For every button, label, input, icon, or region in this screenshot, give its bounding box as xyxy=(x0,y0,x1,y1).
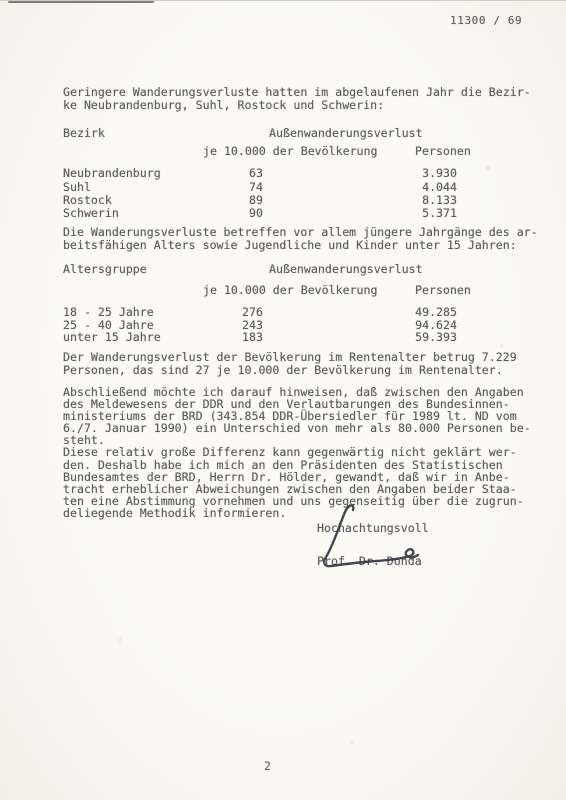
bezirk-table-header-row: Bezirk Außenwanderungsverlust xyxy=(63,126,523,139)
bezirk-name: Neubrandenburg xyxy=(63,166,161,180)
table-row: Rostock 89 8.133 xyxy=(63,193,523,206)
age-rate-subheader: je 10.000 der Bevölkerung xyxy=(203,283,378,297)
intro-paragraph: Geringere Wanderungsverluste hatten im a… xyxy=(63,86,563,112)
age-table-subheader-row: je 10.000 der Bevölkerung Personen xyxy=(63,283,523,296)
table-row: Suhl 74 4.044 xyxy=(63,180,523,193)
age-intro-paragraph: Die Wanderungsverluste betreffen vor all… xyxy=(63,226,563,252)
age-rate: 276 xyxy=(203,305,263,319)
table-row: unter 15 Jahre 183 59.393 xyxy=(63,330,523,343)
page-number: 2 xyxy=(264,760,271,773)
table-row: 18 - 25 Jahre 276 49.285 xyxy=(63,305,523,318)
age-table-header-row: Altersgruppe Außenwanderungsverlust xyxy=(63,262,523,275)
pensioner-paragraph: Der Wanderungsverlust der Bevölkerung im… xyxy=(63,351,563,377)
bezirk-persons-subheader: Personen xyxy=(415,144,471,158)
bezirk-persons: 8.133 xyxy=(363,193,457,207)
scanned-letter-page: 11300 / 69 Geringere Wanderungsverluste … xyxy=(0,0,566,800)
handwritten-signature-ink xyxy=(312,498,452,570)
age-persons-subheader: Personen xyxy=(415,283,471,297)
bezirk-name: Schwerin xyxy=(63,206,119,220)
age-group: unter 15 Jahre xyxy=(63,330,161,344)
bezirk-rate: 89 xyxy=(203,193,263,207)
age-rate: 183 xyxy=(203,330,263,344)
bezirk-col2-header: Außenwanderungsverlust xyxy=(269,126,423,140)
bezirk-persons: 3.930 xyxy=(363,166,457,180)
bezirk-name: Suhl xyxy=(63,180,91,194)
bezirk-persons: 4.044 xyxy=(363,180,457,194)
age-col1-header: Altersgruppe xyxy=(63,262,147,276)
age-persons: 49.285 xyxy=(363,305,457,319)
bezirk-rate: 63 xyxy=(203,166,263,180)
bezirk-table-subheader-row: je 10.000 der Bevölkerung Personen xyxy=(63,144,523,157)
table-row: Neubrandenburg 63 3.930 xyxy=(63,166,523,179)
bezirk-col1-header: Bezirk xyxy=(63,126,105,140)
bezirk-persons: 5.371 xyxy=(363,206,457,220)
bezirk-rate-subheader: je 10.000 der Bevölkerung xyxy=(203,144,378,158)
reference-stamp: 11300 / 69 xyxy=(450,14,522,27)
bezirk-name: Rostock xyxy=(63,193,112,207)
table-row: Schwerin 90 5.371 xyxy=(63,206,523,219)
age-persons: 59.393 xyxy=(363,330,457,344)
age-col2-header: Außenwanderungsverlust xyxy=(269,262,423,276)
bezirk-rate: 90 xyxy=(203,206,263,220)
age-group: 18 - 25 Jahre xyxy=(63,305,154,319)
scan-edge-artifact xyxy=(8,1,154,3)
bezirk-rate: 74 xyxy=(203,180,263,194)
